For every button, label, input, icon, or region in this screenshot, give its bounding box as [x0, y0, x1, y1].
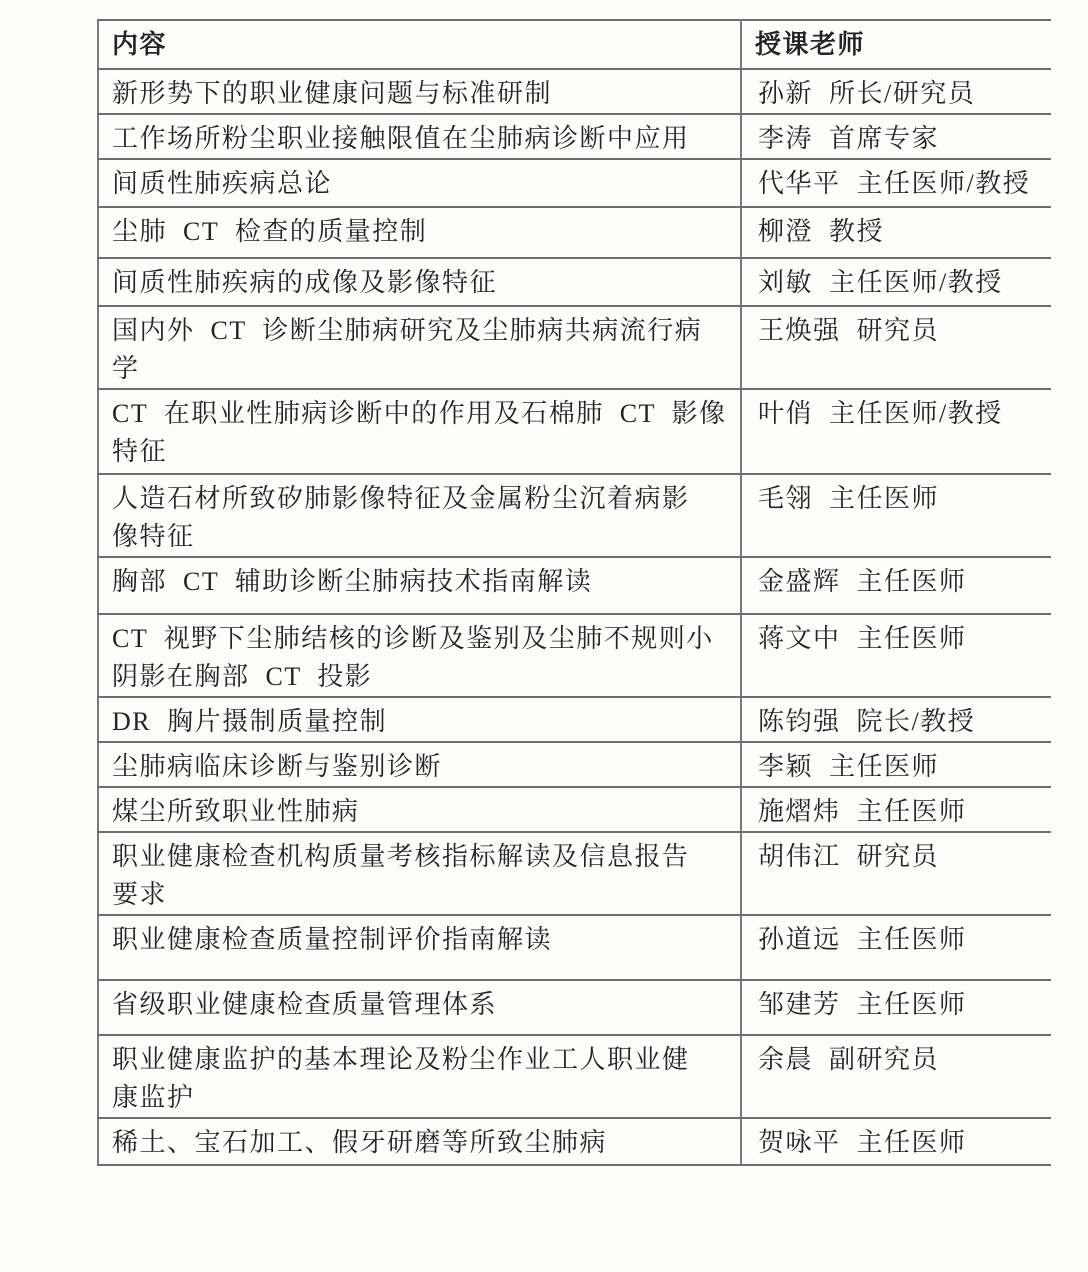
teacher-cell: 叶俏 主任医师/教授 — [741, 389, 1051, 474]
content-cell: 尘肺病临床诊断与鉴别诊断 — [98, 742, 741, 787]
content-cell: 稀土、宝石加工、假牙研磨等所致尘肺病 — [98, 1118, 741, 1165]
content-cell: 国内外 CT 诊断尘肺病研究及尘肺病共病流行病 学 — [98, 306, 741, 389]
table-row: 工作场所粉尘职业接触限值在尘肺病诊断中应用李涛 首席专家 — [98, 114, 1051, 159]
teacher-cell: 陈钧强 院长/教授 — [741, 697, 1051, 742]
teacher-cell: 贺咏平 主任医师 — [741, 1118, 1051, 1165]
table-row: 胸部 CT 辅助诊断尘肺病技术指南解读金盛辉 主任医师 — [98, 557, 1051, 614]
table-row: 职业健康检查机构质量考核指标解读及信息报告 要求胡伟江 研究员 — [98, 832, 1051, 915]
table-row: 国内外 CT 诊断尘肺病研究及尘肺病共病流行病 学王焕强 研究员 — [98, 306, 1051, 389]
scanned-document-page: 内容 授课老师 新形势下的职业健康问题与标准研制孙新 所长/研究员工作场所粉尘职… — [0, 0, 1088, 1272]
teacher-column-header: 授课老师 — [741, 20, 1051, 69]
content-cell: 新形势下的职业健康问题与标准研制 — [98, 69, 741, 114]
table-body: 新形势下的职业健康问题与标准研制孙新 所长/研究员工作场所粉尘职业接触限值在尘肺… — [98, 69, 1051, 1165]
table-row: DR 胸片摄制质量控制陈钧强 院长/教授 — [98, 697, 1051, 742]
content-cell: 职业健康监护的基本理论及粉尘作业工人职业健 康监护 — [98, 1035, 741, 1118]
content-cell: 省级职业健康检查质量管理体系 — [98, 980, 741, 1035]
teacher-cell: 李涛 首席专家 — [741, 114, 1051, 159]
teacher-cell: 孙新 所长/研究员 — [741, 69, 1051, 114]
table-row: 省级职业健康检查质量管理体系邹建芳 主任医师 — [98, 980, 1051, 1035]
content-cell: CT 在职业性肺病诊断中的作用及石棉肺 CT 影像 特征 — [98, 389, 741, 474]
teacher-cell: 蒋文中 主任医师 — [741, 614, 1051, 697]
content-cell: 间质性肺疾病的成像及影像特征 — [98, 258, 741, 306]
table-row: 间质性肺疾病的成像及影像特征刘敏 主任医师/教授 — [98, 258, 1051, 306]
table-row: 人造石材所致矽肺影像特征及金属粉尘沉着病影 像特征毛翎 主任医师 — [98, 474, 1051, 557]
table-row: 尘肺病临床诊断与鉴别诊断李颖 主任医师 — [98, 742, 1051, 787]
table-row: 煤尘所致职业性肺病施熠炜 主任医师 — [98, 787, 1051, 832]
content-cell: 煤尘所致职业性肺病 — [98, 787, 741, 832]
teacher-cell: 刘敏 主任医师/教授 — [741, 258, 1051, 306]
content-cell: 人造石材所致矽肺影像特征及金属粉尘沉着病影 像特征 — [98, 474, 741, 557]
table-row: 间质性肺疾病总论代华平 主任医师/教授 — [98, 159, 1051, 207]
teacher-cell: 邹建芳 主任医师 — [741, 980, 1051, 1035]
teacher-cell: 柳澄 教授 — [741, 207, 1051, 258]
content-cell: 工作场所粉尘职业接触限值在尘肺病诊断中应用 — [98, 114, 741, 159]
table-row: CT 在职业性肺病诊断中的作用及石棉肺 CT 影像 特征叶俏 主任医师/教授 — [98, 389, 1051, 474]
teacher-cell: 王焕强 研究员 — [741, 306, 1051, 389]
teacher-cell: 施熠炜 主任医师 — [741, 787, 1051, 832]
table-row: 稀土、宝石加工、假牙研磨等所致尘肺病贺咏平 主任医师 — [98, 1118, 1051, 1165]
teacher-cell: 孙道远 主任医师 — [741, 915, 1051, 980]
table-row: 新形势下的职业健康问题与标准研制孙新 所长/研究员 — [98, 69, 1051, 114]
content-cell: 胸部 CT 辅助诊断尘肺病技术指南解读 — [98, 557, 741, 614]
teacher-cell: 金盛辉 主任医师 — [741, 557, 1051, 614]
course-schedule-table: 内容 授课老师 新形势下的职业健康问题与标准研制孙新 所长/研究员工作场所粉尘职… — [97, 19, 1051, 1166]
content-column-header: 内容 — [98, 20, 741, 69]
teacher-cell: 毛翎 主任医师 — [741, 474, 1051, 557]
content-cell: 尘肺 CT 检查的质量控制 — [98, 207, 741, 258]
table-header-row: 内容 授课老师 — [98, 20, 1051, 69]
content-cell: 间质性肺疾病总论 — [98, 159, 741, 207]
teacher-cell: 代华平 主任医师/教授 — [741, 159, 1051, 207]
table-row: 职业健康检查质量控制评价指南解读孙道远 主任医师 — [98, 915, 1051, 980]
table-row: 尘肺 CT 检查的质量控制柳澄 教授 — [98, 207, 1051, 258]
teacher-cell: 胡伟江 研究员 — [741, 832, 1051, 915]
content-cell: DR 胸片摄制质量控制 — [98, 697, 741, 742]
teacher-cell: 余晨 副研究员 — [741, 1035, 1051, 1118]
content-cell: 职业健康检查机构质量考核指标解读及信息报告 要求 — [98, 832, 741, 915]
content-cell: CT 视野下尘肺结核的诊断及鉴别及尘肺不规则小 阴影在胸部 CT 投影 — [98, 614, 741, 697]
content-cell: 职业健康检查质量控制评价指南解读 — [98, 915, 741, 980]
teacher-cell: 李颖 主任医师 — [741, 742, 1051, 787]
table-row: CT 视野下尘肺结核的诊断及鉴别及尘肺不规则小 阴影在胸部 CT 投影蒋文中 主… — [98, 614, 1051, 697]
table-row: 职业健康监护的基本理论及粉尘作业工人职业健 康监护余晨 副研究员 — [98, 1035, 1051, 1118]
